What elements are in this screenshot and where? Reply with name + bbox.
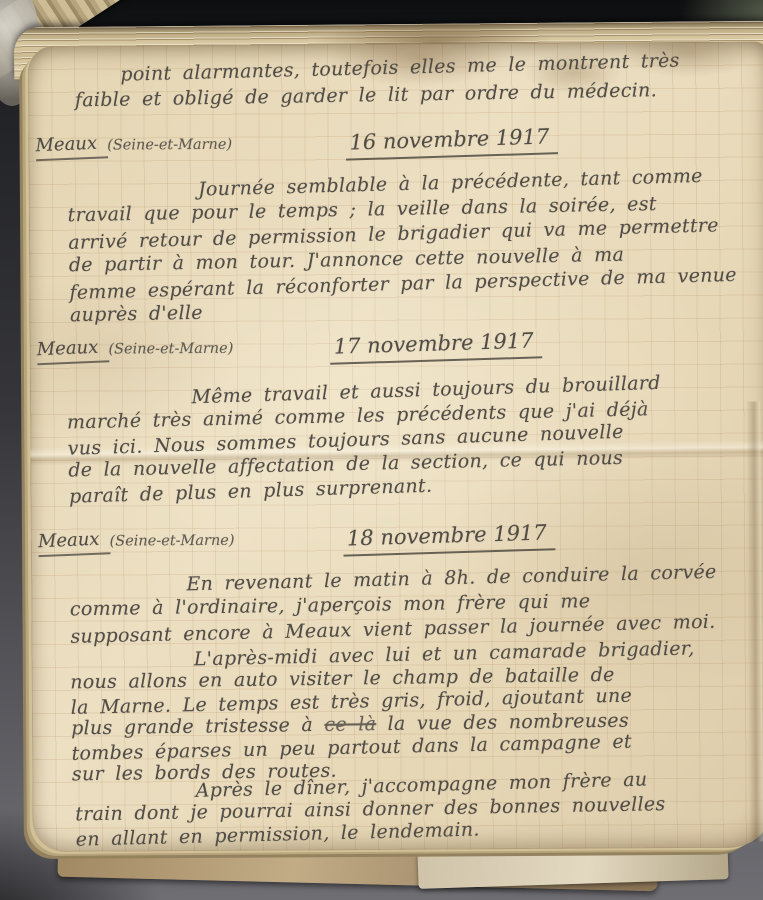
entry-header-16-nov: Meaux(Seine-et-Marne) 16 novembre 1917	[29, 125, 763, 170]
margin-location: Meaux(Seine-et-Marne)	[37, 337, 234, 364]
diary-scan: point alarmantes, toutefois elles me le …	[0, 0, 763, 900]
entry-body-17-nov: Même travail et aussi toujours du brouil…	[66, 372, 664, 508]
entry-header-17-nov: Meaux(Seine-et-Marne) 17 novembre 1917	[30, 329, 763, 374]
entry-header-18-nov: Meaux(Seine-et-Marne) 18 novembre 1917	[31, 521, 763, 566]
entry-body-18-nov-para1: En revenant le matin à 8h. de conduire l…	[69, 561, 718, 649]
margin-location: Meaux(Seine-et-Marne)	[36, 133, 233, 160]
entry-date: 17 novembre 1917	[329, 328, 542, 364]
entry-body-16-nov: Journée semblable à la précédente, tant …	[67, 164, 738, 330]
entry-body-18-nov-para2: L'après-midi avec lui et un camarade bri…	[70, 638, 697, 787]
continuation-paragraph: point alarmantes, toutefois elles me le …	[74, 49, 681, 116]
entry-body-18-nov-para3: Après le dîner, j'accompagne mon frère a…	[74, 769, 666, 851]
margin-location-town: Meaux	[38, 528, 111, 557]
margin-location-detail: (Seine-et-Marne)	[107, 137, 232, 154]
notebook-page: point alarmantes, toutefois elles me le …	[28, 41, 763, 852]
margin-location-town: Meaux	[36, 336, 109, 365]
line-segment: plus grande tristesse à	[71, 714, 325, 740]
entry-date: 18 novembre 1917	[343, 520, 556, 556]
entry-date: 16 novembre 1917	[345, 124, 558, 160]
struck-out-word: ce là	[324, 713, 376, 736]
fold-crease-vertical	[746, 402, 763, 842]
margin-location: Meaux(Seine-et-Marne)	[38, 529, 235, 556]
margin-location-detail: (Seine-et-Marne)	[110, 533, 235, 550]
margin-location-town: Meaux	[35, 132, 108, 161]
margin-location-detail: (Seine-et-Marne)	[108, 341, 233, 358]
